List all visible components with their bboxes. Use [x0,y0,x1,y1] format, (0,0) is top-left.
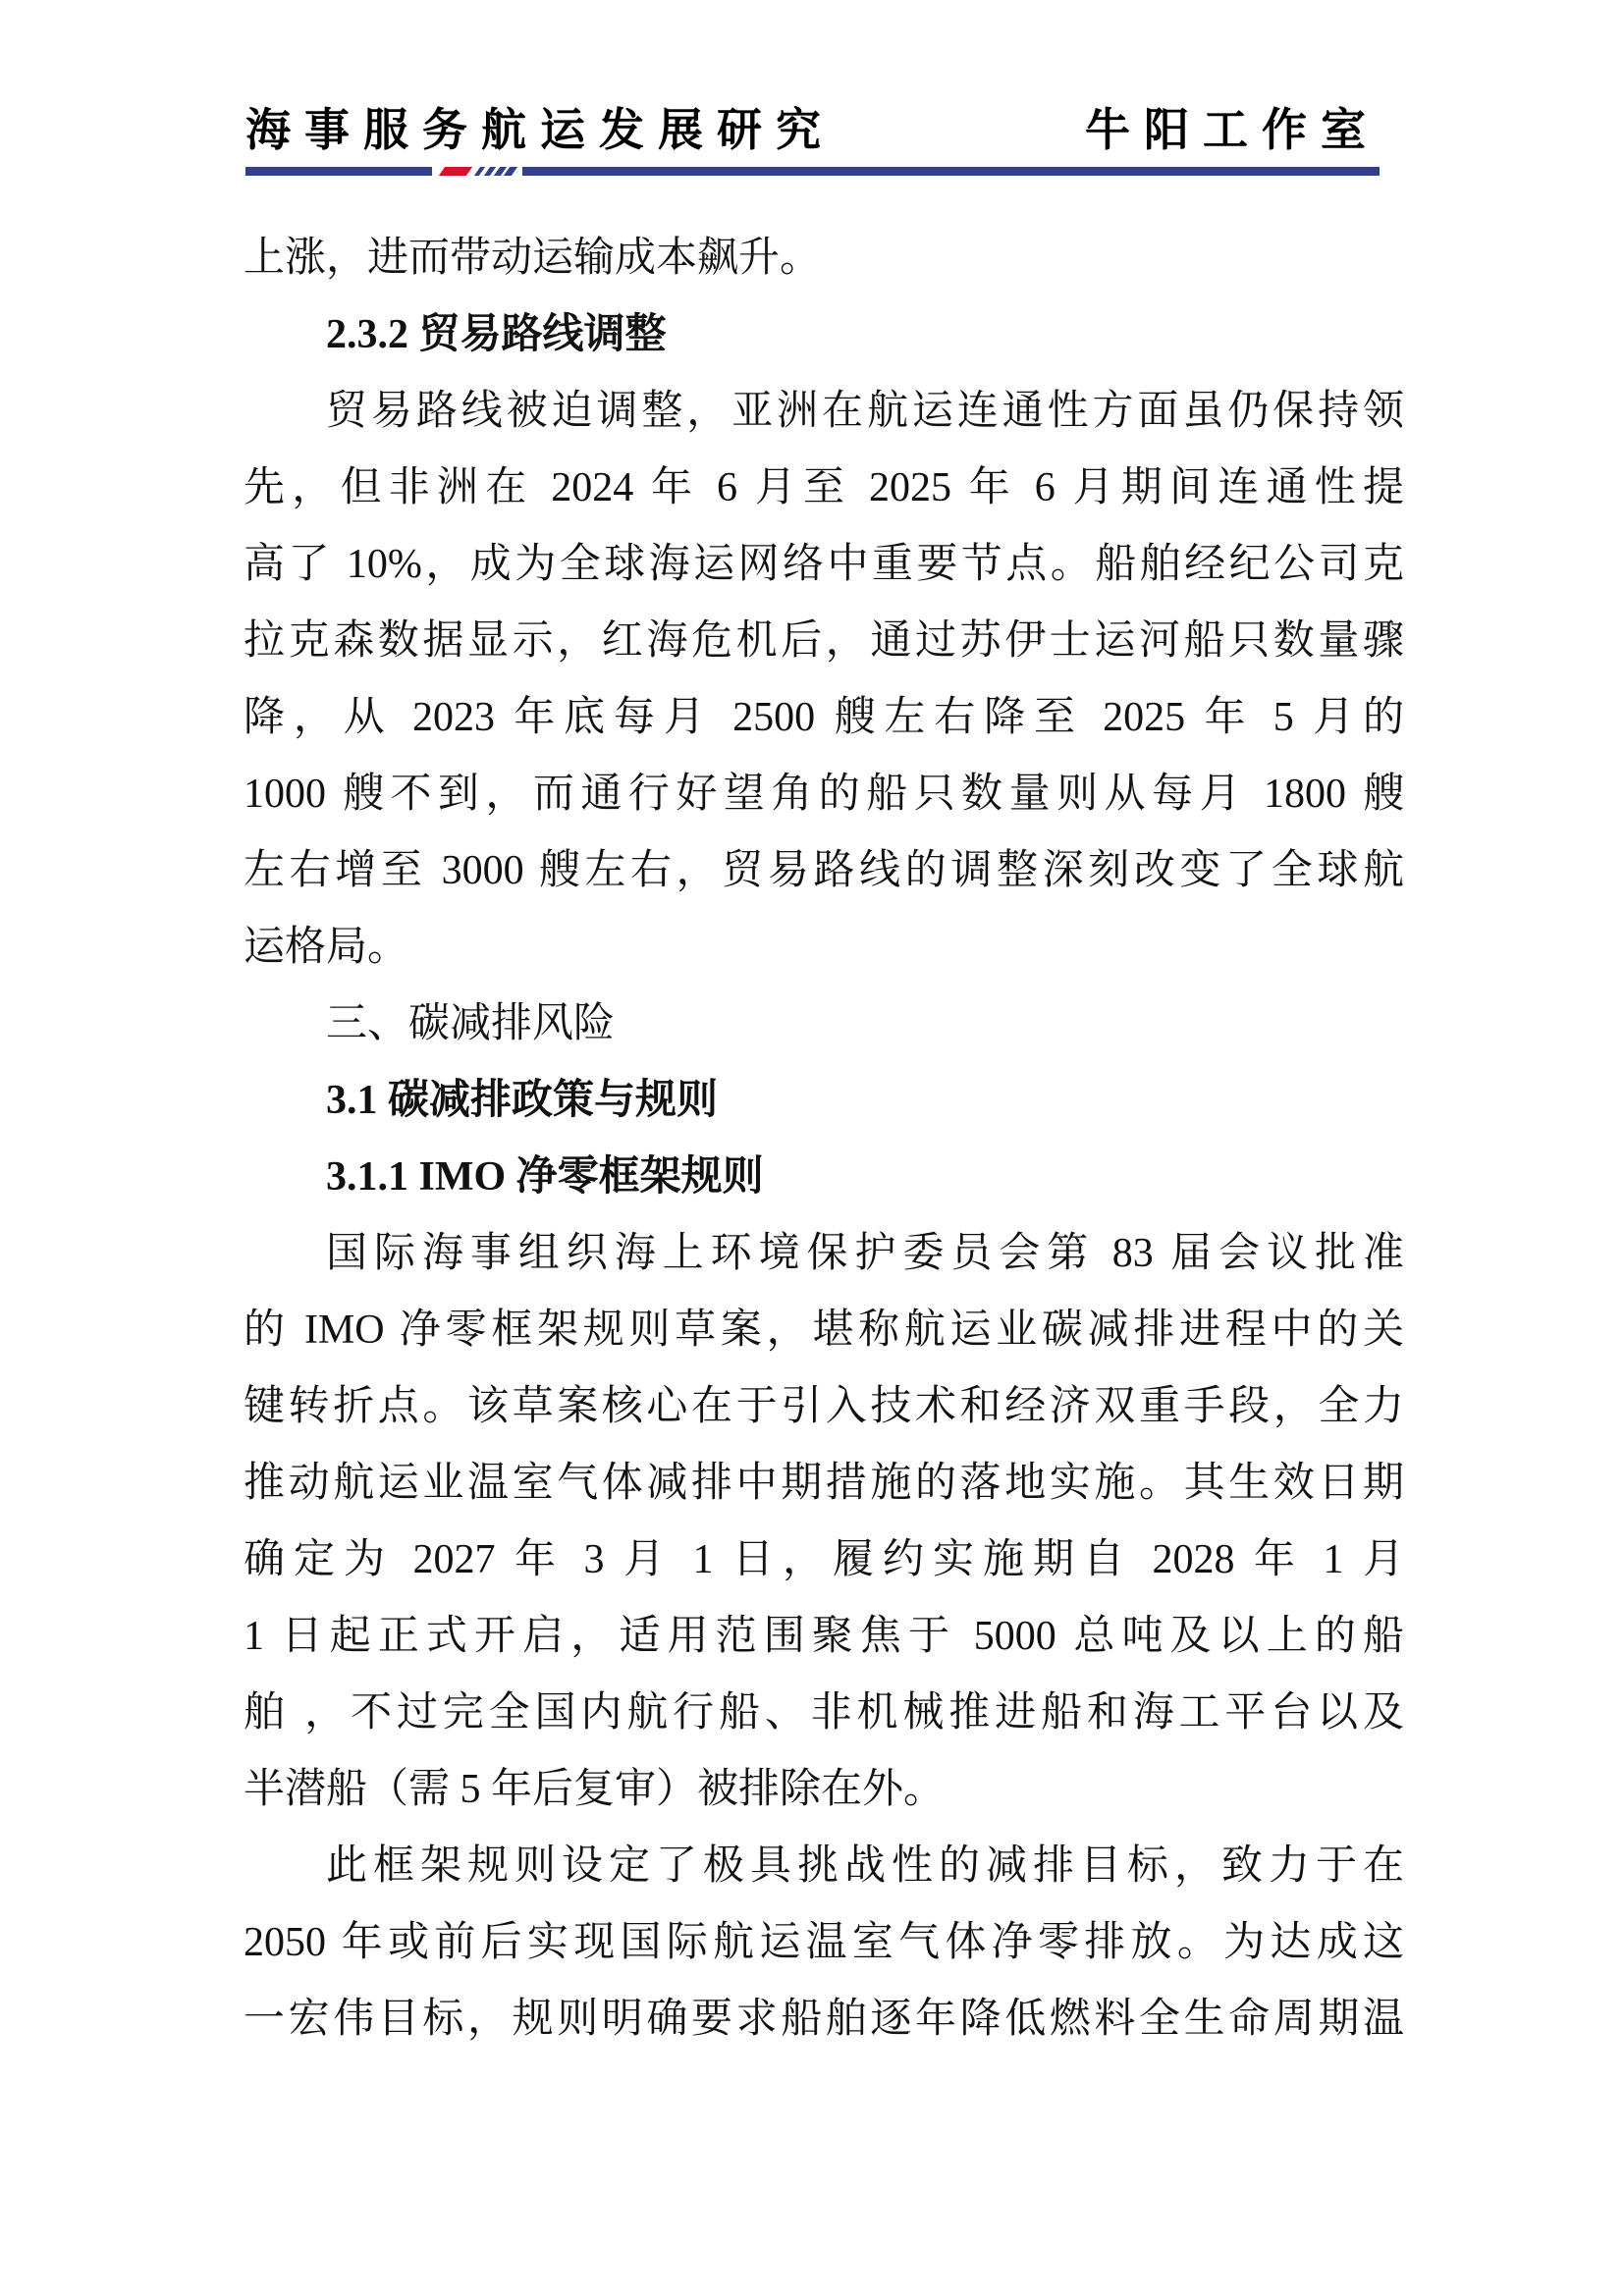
header-titles: 海事服务航运发展研究 牛阳工作室 [245,94,1380,159]
text-line: 运格局。 [244,909,1404,986]
text-line: 高了 10%，成为全球海运网络中重要节点。船舶经纪公司克 [244,526,1404,603]
section-heading: 3.1.1 IMO 净零框架规则 [244,1139,1404,1215]
rule-navy-right-segment [522,167,1380,176]
rule-red-accent [439,167,472,176]
rule-navy-left-segment [245,167,432,176]
section-heading: 3.1 碳减排政策与规则 [244,1062,1404,1139]
text-line: 舶 ，不过完全国内航行船、非机械推进船和海工平台以及 [244,1675,1404,1751]
text-line: 三、碳减排风险 [244,986,1404,1062]
header-title-left: 海事服务航运发展研究 [245,94,835,159]
header-rule [245,167,1380,176]
text-line: 上涨，进而带动运输成本飙升。 [244,220,1404,296]
section-heading: 2.3.2 贸易路线调整 [244,296,1404,373]
text-line: 此框架规则设定了极具挑战性的减排目标，致力于在 [244,1828,1404,1904]
text-line: 1000 艘不到，而通行好望角的船只数量则从每月 1800 艘 [244,756,1404,832]
text-line: 一宏伟目标，规则明确要求船舶逐年降低燃料全生命周期温 [244,1981,1404,2057]
text-line: 左右增至 3000 艘左右，贸易路线的调整深刻改变了全球航 [244,832,1404,909]
text-line: 推动航运业温室气体减排中期措施的落地实施。其生效日期 [244,1445,1404,1522]
text-line: 2050 年或前后实现国际航运温室气体净零排放。为达成这 [244,1904,1404,1981]
text-line: 国际海事组织海上环境保护委员会第 83 届会议批准 [244,1215,1404,1292]
text-line: 降，从 2023 年底每月 2500 艘左右降至 2025 年 5 月的 [244,679,1404,756]
text-line: 的 IMO 净零框架规则草案，堪称航运业碳减排进程中的关 [244,1292,1404,1368]
text-line: 1 日起正式开启，适用范围聚焦于 5000 总吨及以上的船 [244,1598,1404,1675]
text-line: 贸易路线被迫调整，亚洲在航运连通性方面虽仍保持领 [244,373,1404,450]
text-line: 拉克森数据显示，红海危机后，通过苏伊士运河船只数量骤 [244,603,1404,679]
document-page: 海事服务航运发展研究 牛阳工作室 上涨，进而带动运输成本飙升。2.3.2 贸易路… [0,0,1624,2296]
text-line: 半潜船（需 5 年后复审）被排除在外。 [244,1751,1404,1828]
text-line: 键转折点。该草案核心在于引入技术和经济双重手段，全力 [244,1368,1404,1445]
text-line: 先，但非洲在 2024 年 6 月至 2025 年 6 月期间连通性提 [244,450,1404,526]
header-title-right: 牛阳工作室 [1085,94,1380,159]
text-line: 确定为 2027 年 3 月 1 日，履约实施期自 2028 年 1 月 [244,1522,1404,1598]
document-body: 上涨，进而带动运输成本飙升。2.3.2 贸易路线调整贸易路线被迫调整，亚洲在航运… [244,220,1404,2057]
